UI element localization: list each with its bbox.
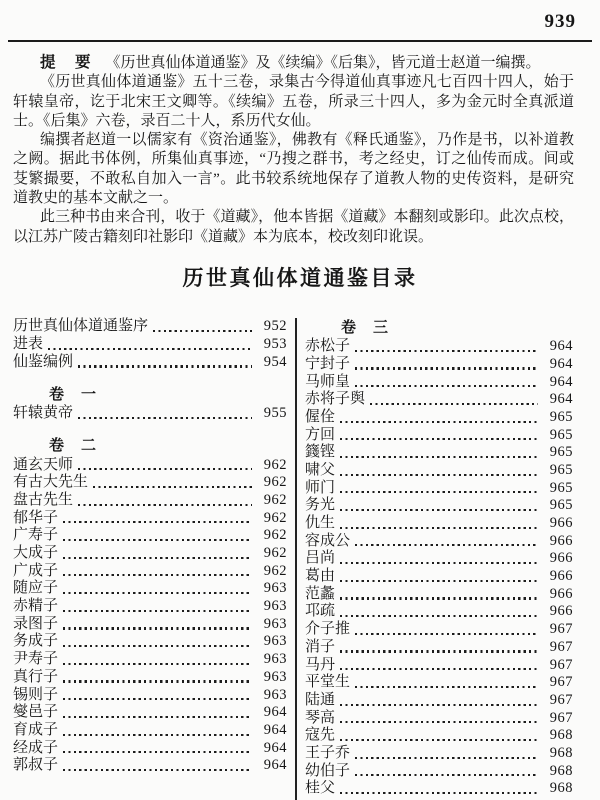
dot-leader	[93, 486, 252, 488]
entry-title: 锡则子	[13, 687, 58, 704]
toc-entry: 容成公966	[305, 532, 573, 550]
dot-leader	[340, 491, 538, 493]
dot-leader	[340, 615, 538, 617]
dot-leader	[355, 686, 538, 688]
toc-entry: 偓佺965	[305, 408, 573, 426]
volume-header: 卷 一	[13, 387, 287, 405]
entry-page-number: 964	[543, 374, 573, 391]
dot-leader	[63, 627, 252, 629]
page-number: 939	[545, 11, 577, 33]
volume-header: 卷 三	[305, 320, 573, 338]
entry-page-number: 966	[543, 586, 573, 603]
entry-title: 方回	[305, 427, 335, 444]
dot-leader	[340, 509, 538, 511]
toc-entry: 桂父968	[305, 780, 573, 798]
toc-entry: 葛由966	[305, 568, 573, 586]
toc-entry: 真行子963	[13, 668, 287, 686]
toc-entry: 平堂生967	[305, 674, 573, 692]
entry-page-number: 962	[257, 510, 287, 527]
dot-leader	[63, 592, 252, 594]
toc-entry: 方回965	[305, 426, 573, 444]
entry-title: 琴高	[305, 710, 335, 727]
toc-entry: 通玄天师962	[13, 456, 287, 474]
toc-entry: 进表953	[13, 336, 287, 354]
dot-leader	[340, 650, 538, 652]
entry-page-number: 962	[257, 563, 287, 580]
entry-page-number: 964	[543, 356, 573, 373]
toc-entry: 寇先968	[305, 727, 573, 745]
toc-entry: 赤精子963	[13, 598, 287, 616]
entry-title: 经成子	[13, 740, 58, 757]
dot-leader	[340, 456, 538, 458]
entry-page-number: 967	[543, 674, 573, 691]
toc-entry: 录图子963	[13, 615, 287, 633]
entry-title: 容成公	[305, 533, 350, 550]
toc-entry: 锡则子963	[13, 686, 287, 704]
entry-page-number: 964	[543, 338, 573, 355]
entry-title: 寇先	[305, 727, 335, 744]
entry-title: 郁华子	[13, 510, 58, 527]
toc-entry: 仙鉴编例954	[13, 353, 287, 371]
entry-page-number: 966	[543, 603, 573, 620]
top-rule	[8, 40, 592, 42]
entry-title: 邛疏	[305, 603, 335, 620]
entry-page-number: 967	[543, 692, 573, 709]
entry-page-number: 965	[543, 409, 573, 426]
entry-page-number: 965	[543, 497, 573, 514]
entry-title: 广成子	[13, 563, 58, 580]
dot-leader	[63, 663, 252, 665]
entry-title: 幼伯子	[305, 763, 350, 780]
dot-leader	[63, 769, 252, 771]
dot-leader	[340, 668, 538, 670]
entry-title: 介子推	[305, 621, 350, 638]
entry-page-number: 963	[257, 687, 287, 704]
dot-leader	[355, 544, 538, 546]
toc-entry: 赤松子964	[305, 338, 573, 356]
toc-entry: 啸父965	[305, 462, 573, 480]
dot-leader	[340, 580, 538, 582]
entry-title: 赤精子	[13, 598, 58, 615]
entry-title: 偓佺	[305, 409, 335, 426]
entry-page-number: 963	[257, 633, 287, 650]
entry-title: 进表	[13, 336, 43, 353]
entry-page-number: 964	[543, 391, 573, 408]
entry-title: 马丹	[305, 657, 335, 674]
entry-page-number: 967	[543, 657, 573, 674]
entry-title: 啸父	[305, 462, 335, 479]
dot-leader	[63, 734, 252, 736]
entry-title: 务光	[305, 497, 335, 514]
abstract-paragraph-3: 编撰者赵道一以儒家有《资治通鉴》，佛教有《释氏通鉴》，乃作是书，以补道教之阙。据…	[13, 131, 574, 208]
entry-title: 务成子	[13, 633, 58, 650]
entry-title: 轩辕黄帝	[13, 405, 73, 422]
entry-title: 尹寿子	[13, 651, 58, 668]
dot-leader	[63, 698, 252, 700]
toc-entry: 燮邑子964	[13, 704, 287, 722]
entry-page-number: 966	[543, 550, 573, 567]
toc-entry: 广寿子962	[13, 527, 287, 545]
toc-entry: 马师皇964	[305, 373, 573, 391]
toc-entry: 育成子964	[13, 721, 287, 739]
entry-page-number: 967	[543, 621, 573, 638]
entry-page-number: 966	[543, 533, 573, 550]
entry-page-number: 952	[257, 318, 287, 335]
dot-leader	[355, 774, 538, 776]
entry-page-number: 966	[543, 515, 573, 532]
entry-title: 广寿子	[13, 527, 58, 544]
dot-leader	[340, 474, 538, 476]
entry-page-number: 968	[543, 727, 573, 744]
entry-page-number: 963	[257, 598, 287, 615]
entry-title: 宁封子	[305, 356, 350, 373]
toc-entry: 大成子962	[13, 545, 287, 563]
toc-entry: 务成子963	[13, 633, 287, 651]
dot-leader	[340, 704, 538, 706]
entry-title: 平堂生	[305, 674, 350, 691]
toc-entry: 郭叔子964	[13, 757, 287, 775]
abstract-paragraph-1: 提 要《历世真仙体道通鉴》及《续编》《后集》，皆元道士赵道一编撰。	[13, 53, 574, 73]
abstract-section: 提 要《历世真仙体道通鉴》及《续编》《后集》，皆元道士赵道一编撰。 《历世真仙体…	[13, 53, 574, 247]
dot-leader	[63, 680, 252, 682]
table-of-contents: 历世真仙体道通鉴序952进表953仙鉴编例954卷 一轩辕黄帝955卷 二通玄天…	[13, 318, 573, 800]
entry-page-number: 967	[543, 639, 573, 656]
dot-leader	[63, 645, 252, 647]
entry-page-number: 968	[543, 780, 573, 797]
dot-leader	[63, 610, 252, 612]
toc-left-column: 历世真仙体道通鉴序952进表953仙鉴编例954卷 一轩辕黄帝955卷 二通玄天…	[13, 318, 287, 800]
entry-title: 真行子	[13, 669, 58, 686]
dot-leader	[355, 757, 538, 759]
toc-entry: 马丹967	[305, 656, 573, 674]
dot-leader	[340, 597, 538, 599]
entry-page-number: 963	[257, 651, 287, 668]
entry-page-number: 964	[257, 740, 287, 757]
toc-entry: 陆通967	[305, 691, 573, 709]
dot-leader	[78, 417, 252, 419]
entry-title: 大成子	[13, 545, 58, 562]
entry-title: 陆通	[305, 692, 335, 709]
entry-title: 历世真仙体道通鉴序	[13, 318, 148, 335]
entry-title: 盘古先生	[13, 492, 73, 509]
entry-page-number: 963	[257, 669, 287, 686]
entry-page-number: 964	[257, 704, 287, 721]
entry-title: 通玄天师	[13, 457, 73, 474]
abstract-paragraph-2: 《历世真仙体道通鉴》五十三卷，录集古今得道仙真事迹凡七百四十四人，始于轩辕皇帝，…	[13, 73, 574, 131]
dot-leader	[48, 348, 252, 350]
entry-title: 有古大先生	[13, 474, 88, 491]
dot-leader	[63, 716, 252, 718]
entry-page-number: 963	[257, 616, 287, 633]
dot-leader	[63, 539, 252, 541]
entry-title: 录图子	[13, 616, 58, 633]
entry-title: 随应子	[13, 580, 58, 597]
entry-title: 仇生	[305, 515, 335, 532]
toc-entry: 邛疏966	[305, 603, 573, 621]
entry-page-number: 962	[257, 527, 287, 544]
dot-leader	[355, 367, 538, 369]
dot-leader	[340, 527, 538, 529]
dot-leader	[355, 633, 538, 635]
toc-entry: 籛铿965	[305, 444, 573, 462]
entry-page-number: 965	[543, 427, 573, 444]
entry-title: 籛铿	[305, 444, 335, 461]
toc-entry: 消子967	[305, 638, 573, 656]
entry-page-number: 964	[257, 757, 287, 774]
entry-page-number: 963	[257, 580, 287, 597]
entry-page-number: 966	[543, 568, 573, 585]
toc-entry: 轩辕黄帝955	[13, 405, 287, 423]
dot-leader	[340, 721, 538, 723]
dot-leader	[340, 421, 538, 423]
dot-leader	[355, 350, 538, 352]
column-divider	[295, 318, 297, 800]
entry-page-number: 962	[257, 545, 287, 562]
entry-page-number: 962	[257, 492, 287, 509]
abstract-paragraph-1-text: 《历世真仙体道通鉴》及《续编》《后集》，皆元道士赵道一编撰。	[106, 55, 541, 71]
toc-entry: 琴高967	[305, 709, 573, 727]
entry-title: 赤将子舆	[305, 391, 365, 408]
dot-leader	[340, 739, 538, 741]
entry-title: 师门	[305, 480, 335, 497]
entry-page-number: 962	[257, 474, 287, 491]
toc-entry: 郁华子962	[13, 509, 287, 527]
dot-leader	[63, 557, 252, 559]
toc-entry: 宁封子964	[305, 355, 573, 373]
dot-leader	[340, 792, 538, 794]
toc-entry: 赤将子舆964	[305, 391, 573, 409]
entry-page-number: 953	[257, 336, 287, 353]
entry-page-number: 964	[257, 722, 287, 739]
entry-page-number: 965	[543, 462, 573, 479]
dot-leader	[340, 438, 538, 440]
abstract-label: 提 要	[40, 54, 93, 71]
abstract-paragraph-4: 此三种书由来合刊，收于《道藏》，他本皆据《道藏》本翻刻或影印。此次点校，以江苏广…	[13, 208, 574, 247]
dot-leader	[63, 521, 252, 523]
toc-entry: 仇生966	[305, 515, 573, 533]
dot-leader	[63, 574, 252, 576]
entry-page-number: 968	[543, 745, 573, 762]
dot-leader	[153, 330, 252, 332]
dot-leader	[63, 751, 252, 753]
entry-page-number: 965	[543, 444, 573, 461]
entry-page-number: 954	[257, 354, 287, 371]
entry-title: 马师皇	[305, 374, 350, 391]
toc-entry: 随应子963	[13, 580, 287, 598]
entry-page-number: 968	[543, 763, 573, 780]
entry-title: 葛由	[305, 568, 335, 585]
entry-title: 燮邑子	[13, 704, 58, 721]
toc-entry: 历世真仙体道通鉴序952	[13, 318, 287, 336]
toc-entry: 师门965	[305, 479, 573, 497]
entry-title: 吕尚	[305, 550, 335, 567]
entry-title: 桂父	[305, 780, 335, 797]
entry-title: 消子	[305, 639, 335, 656]
toc-entry: 经成子964	[13, 739, 287, 757]
entry-page-number: 965	[543, 480, 573, 497]
toc-entry: 吕尚966	[305, 550, 573, 568]
toc-entry: 范蠡966	[305, 585, 573, 603]
dot-leader	[78, 365, 252, 367]
dot-leader	[78, 504, 252, 506]
entry-title: 范蠡	[305, 586, 335, 603]
toc-entry: 务光965	[305, 497, 573, 515]
dot-leader	[370, 403, 538, 405]
entry-title: 王子乔	[305, 745, 350, 762]
entry-title: 郭叔子	[13, 757, 58, 774]
toc-title: 历世真仙体道通鉴目录	[0, 262, 600, 292]
dot-leader	[355, 385, 538, 387]
toc-right-column: 卷 三赤松子964宁封子964马师皇964赤将子舆964偓佺965方回965籛铿…	[305, 318, 573, 800]
toc-entry: 幼伯子968	[305, 762, 573, 780]
entry-page-number: 967	[543, 710, 573, 727]
toc-entry: 尹寿子963	[13, 651, 287, 669]
entry-title: 赤松子	[305, 338, 350, 355]
entry-page-number: 955	[257, 405, 287, 422]
dot-leader	[340, 562, 538, 564]
volume-header: 卷 二	[13, 438, 287, 456]
entry-title: 育成子	[13, 722, 58, 739]
toc-entry: 介子推967	[305, 621, 573, 639]
dot-leader	[78, 468, 252, 470]
toc-entry: 盘古先生962	[13, 492, 287, 510]
entry-page-number: 962	[257, 457, 287, 474]
toc-entry: 广成子962	[13, 562, 287, 580]
toc-entry: 王子乔968	[305, 745, 573, 763]
entry-title: 仙鉴编例	[13, 354, 73, 371]
toc-entry: 有古大先生962	[13, 474, 287, 492]
